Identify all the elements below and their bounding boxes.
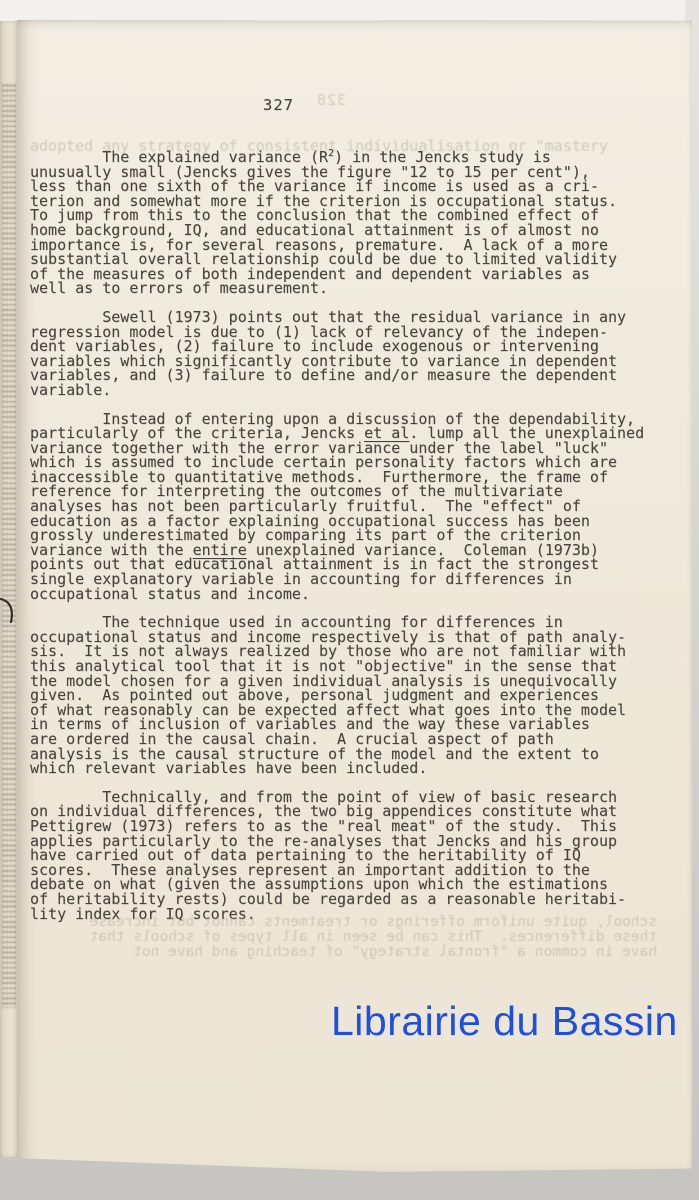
paragraph: Sewell (1973) points out that the residu… [30,310,670,398]
page-surface: 327 328 adopted any strategy of consiste… [17,20,692,1172]
page-number: 327 [263,96,294,114]
text-line: which relevant variables have been inclu… [30,761,670,776]
scanned-book-photo: 327 328 adopted any strategy of consiste… [0,0,699,1200]
text-line: well as to errors of measurement. [30,281,670,296]
ghost-text-line: school, quite uniform offerings or treat… [30,915,657,930]
text-line: occupational status and income. [30,587,670,602]
paragraph: Instead of entering upon a discussion of… [30,412,670,602]
paragraph: The explained variance (R2) in the Jenck… [30,150,670,296]
paragraph: The technique used in accounting for dif… [30,615,670,776]
paragraph: Technically, and from the point of view … [30,790,670,921]
ghost-text-line: these differences. This can be seen in a… [30,930,657,945]
ghost-text-line: have in common a "frontal strategy" of t… [30,945,657,960]
ghost-page-number-showthrough: 328 [316,91,346,109]
text-line: variable. [30,383,670,398]
body-text: The explained variance (R2) in the Jenck… [30,150,670,935]
backdrop-bottom [0,1166,699,1200]
bookseller-watermark: Librairie du Bassin [331,998,678,1045]
text-line: variables, and (3) failure to define and… [30,368,670,383]
edge-text-marks [2,83,16,1008]
ghost-showthrough-bottom-block: school, quite uniform offerings or treat… [30,915,657,961]
